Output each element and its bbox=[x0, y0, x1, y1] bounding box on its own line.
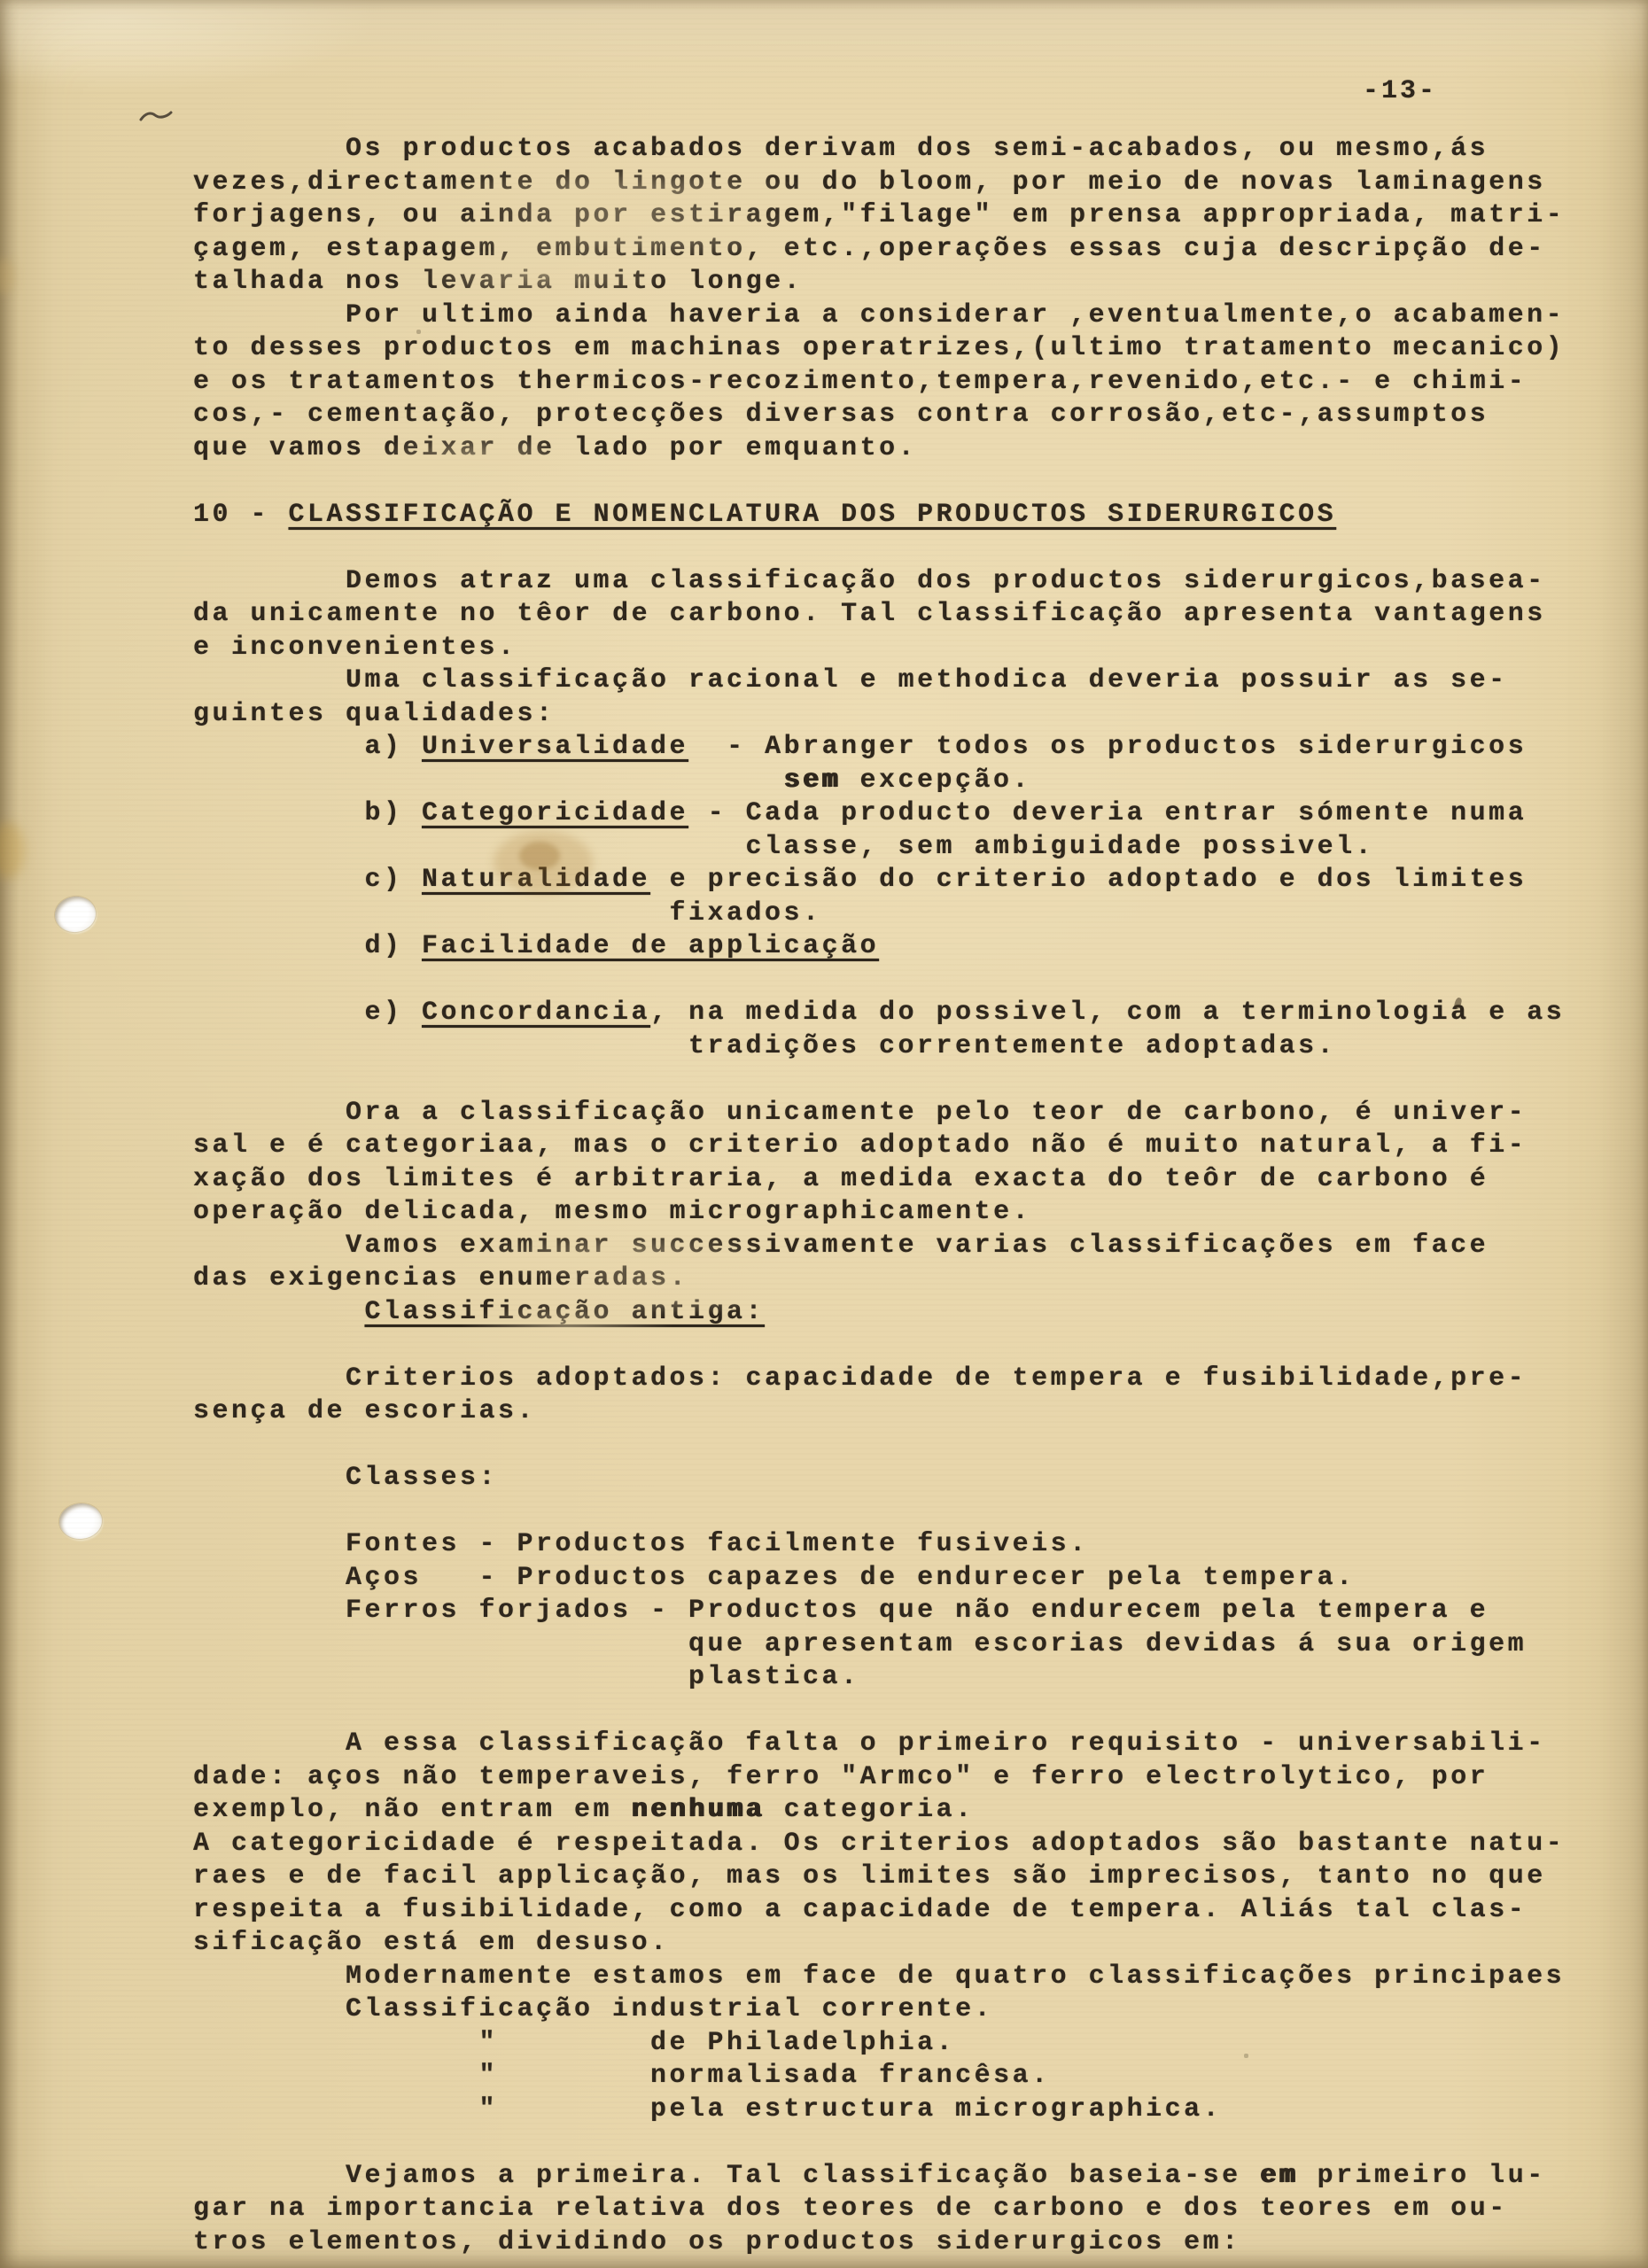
text-run: A categoricidade é respeitada. Os criter… bbox=[193, 1829, 1565, 1859]
doc-line: A categoricidade é respeitada. Os criter… bbox=[0, 1828, 1648, 1861]
doc-line: Fontes - Productos facilmente fusiveis. bbox=[0, 1528, 1648, 1562]
text-run: to desses productos em machinas operatri… bbox=[193, 333, 1565, 363]
text-run: vezes,directamente do lingote ou do bloo… bbox=[193, 167, 1546, 198]
text-run: Classes: bbox=[346, 1463, 498, 1493]
text-run: forjagens, ou ainda por estiragem,"filag… bbox=[193, 200, 1565, 230]
doc-line: tros elementos, dividindo os productos s… bbox=[0, 2226, 1648, 2260]
ink-speck bbox=[416, 330, 421, 334]
doc-line: vezes,directamente do lingote ou do bloo… bbox=[0, 167, 1648, 200]
doc-line: Vamos examinar successivamente varias cl… bbox=[0, 1230, 1648, 1263]
doc-line: b) Categoricidade - Cada producto deveri… bbox=[0, 797, 1648, 831]
doc-line: c) Naturalidade e precisão do criterio a… bbox=[0, 864, 1648, 897]
underlined-text: Concordancia bbox=[422, 998, 650, 1028]
doc-line: operação delicada, mesmo micrographicame… bbox=[0, 1196, 1648, 1230]
doc-line: respeita a fusibilidade, como a capacida… bbox=[0, 1894, 1648, 1928]
doc-line: Ora a classificação unicamente pelo teor… bbox=[0, 1097, 1648, 1130]
doc-line: das exigencias enumeradas. bbox=[0, 1262, 1648, 1296]
text-run: das exigencias enumeradas. bbox=[193, 1263, 688, 1293]
text-run: Classificação industrial corrente. bbox=[346, 1994, 993, 2024]
doc-line bbox=[0, 1495, 1648, 1529]
text-run: e inconvenientes. bbox=[193, 633, 517, 663]
text-run: dade: aços não temperaveis, ferro "Armco… bbox=[193, 1762, 1489, 1792]
text-run: nenhuma bbox=[632, 1795, 766, 1825]
doc-line: a) Universalidade - Abranger todos os pr… bbox=[0, 731, 1648, 765]
doc-line: " de Philadelphia. bbox=[0, 2027, 1648, 2061]
doc-line: xação dos limites é arbitraria, a medida… bbox=[0, 1163, 1648, 1197]
doc-line: gar na importancia relativa dos teores d… bbox=[0, 2193, 1648, 2226]
doc-line: Classificação antiga: bbox=[0, 1296, 1648, 1330]
text-run: c) bbox=[365, 865, 423, 895]
doc-line: 10 - CLASSIFICAÇÃO E NOMENCLATURA DOS PR… bbox=[0, 499, 1648, 532]
text-run: 10 - bbox=[193, 500, 289, 530]
text-run: excepção. bbox=[841, 765, 1031, 796]
text-run: Aços - Productos capazes de endurecer pe… bbox=[346, 1563, 1356, 1593]
doc-line: classe, sem ambiguidade possivel. bbox=[0, 831, 1648, 865]
doc-line: que vamos deixar de lado por emquanto. bbox=[0, 432, 1648, 466]
doc-line: sificação está em desuso. bbox=[0, 1927, 1648, 1961]
doc-line: A essa classificação falta o primeiro re… bbox=[0, 1728, 1648, 1761]
doc-line bbox=[0, 532, 1648, 565]
doc-line: Ferros forjados - Productos que não endu… bbox=[0, 1595, 1648, 1628]
doc-line: plastica. bbox=[0, 1661, 1648, 1695]
page-number: -13- bbox=[1363, 76, 1437, 106]
underlined-text: Naturalidade bbox=[422, 865, 650, 895]
text-run: Ferros forjados - Productos que não endu… bbox=[346, 1596, 1489, 1626]
text-run: , na medida do possivel, com a terminolo… bbox=[650, 998, 1565, 1028]
doc-line: Criterios adoptados: capacidade de tempe… bbox=[0, 1363, 1648, 1396]
underlined-text: CLASSIFICAÇÃO E NOMENCLATURA DOS PRODUCT… bbox=[289, 500, 1337, 530]
text-run: e precisão do criterio adoptado e dos li… bbox=[650, 865, 1527, 895]
text-run: Por ultimo ainda haveria a considerar ,e… bbox=[346, 300, 1565, 330]
text-run: A essa classificação falta o primeiro re… bbox=[346, 1728, 1546, 1759]
text-run: e os tratamentos thermicos-recozimento,t… bbox=[193, 367, 1527, 397]
doc-line bbox=[0, 1695, 1648, 1728]
text-run: Criterios adoptados: capacidade de tempe… bbox=[346, 1363, 1527, 1394]
text-run: em bbox=[1260, 2161, 1298, 2191]
doc-line: talhada nos levaria muito longe. bbox=[0, 266, 1648, 299]
doc-line: Os productos acabados derivam dos semi-a… bbox=[0, 133, 1648, 167]
text-run: tros elementos, dividindo os productos s… bbox=[193, 2227, 1241, 2257]
text-run: Fontes - Productos facilmente fusiveis. bbox=[346, 1529, 1089, 1559]
underlined-text: Classificação antiga: bbox=[365, 1297, 766, 1327]
text-run: e) bbox=[365, 998, 423, 1028]
doc-line: e os tratamentos thermicos-recozimento,t… bbox=[0, 366, 1648, 400]
text-run: " de Philadelphia. bbox=[479, 2028, 956, 2058]
text-run: que apresentam escorias devidas á sua or… bbox=[688, 1629, 1527, 1659]
text-run: operação delicada, mesmo micrographicame… bbox=[193, 1197, 1031, 1227]
text-run: respeita a fusibilidade, como a capacida… bbox=[193, 1895, 1527, 1925]
text-run: d) bbox=[365, 931, 423, 961]
text-run: fixados. bbox=[670, 898, 822, 928]
text-run: primeiro lu- bbox=[1298, 2161, 1546, 2191]
doc-line: da unicamente no têor de carbono. Tal cl… bbox=[0, 598, 1648, 632]
doc-line: Uma classificação racional e methodica d… bbox=[0, 664, 1648, 698]
text-run: xação dos limites é arbitraria, a medida… bbox=[193, 1164, 1489, 1194]
doc-line: Classes: bbox=[0, 1462, 1648, 1495]
doc-line: sal e é categoriaa, mas o criterio adopt… bbox=[0, 1130, 1648, 1163]
text-run: sença de escorias. bbox=[193, 1396, 536, 1426]
doc-line: Vejamos a primeira. Tal classificação ba… bbox=[0, 2160, 1648, 2194]
doc-line: e) Concordancia, na medida do possivel, … bbox=[0, 997, 1648, 1030]
document-text: Os productos acabados derivam dos semi-a… bbox=[0, 133, 1648, 2259]
text-run: exemplo, não entram em bbox=[193, 1795, 632, 1825]
doc-line: " normalisada francêsa. bbox=[0, 2060, 1648, 2093]
doc-line bbox=[0, 1063, 1648, 1097]
underlined-text: Facilidade de applicação bbox=[422, 931, 879, 961]
doc-line: sença de escorias. bbox=[0, 1395, 1648, 1429]
text-run: que vamos deixar de lado por emquanto. bbox=[193, 433, 917, 463]
doc-line: dade: aços não temperaveis, ferro "Armco… bbox=[0, 1761, 1648, 1795]
text-run: classe, sem ambiguidade possivel. bbox=[746, 832, 1375, 862]
scanned-page: -13- Os productos acabados derivam dos s… bbox=[0, 0, 1648, 2268]
doc-line: Modernamente estamos em face de quatro c… bbox=[0, 1961, 1648, 1994]
doc-line: Aços - Productos capazes de endurecer pe… bbox=[0, 1562, 1648, 1596]
ink-speck bbox=[1244, 2054, 1248, 2058]
doc-line: tradições correntemente adoptadas. bbox=[0, 1030, 1648, 1064]
text-run: sificação está em desuso. bbox=[193, 1928, 670, 1958]
text-run: " pela estructura micrographica. bbox=[479, 2094, 1223, 2124]
doc-line bbox=[0, 1429, 1648, 1463]
text-run: da unicamente no têor de carbono. Tal cl… bbox=[193, 599, 1546, 629]
text-run: Vejamos a primeira. Tal classificação ba… bbox=[346, 2161, 1260, 2191]
doc-line: Classificação industrial corrente. bbox=[0, 1993, 1648, 2027]
text-run: raes e de facil applicação, mas os limit… bbox=[193, 1861, 1546, 1891]
doc-line: cos,- cementação, protecções diversas co… bbox=[0, 399, 1648, 432]
text-run: cos,- cementação, protecções diversas co… bbox=[193, 400, 1489, 430]
text-run: a) bbox=[365, 732, 423, 762]
doc-line bbox=[0, 465, 1648, 499]
text-run: - Abranger todos os productos siderurgic… bbox=[688, 732, 1527, 762]
doc-line bbox=[0, 964, 1648, 998]
doc-line: to desses productos em machinas operatri… bbox=[0, 332, 1648, 366]
underlined-text: Categoricidade bbox=[422, 798, 688, 828]
doc-line: çagem, estapagem, embutimento, etc.,oper… bbox=[0, 233, 1648, 267]
doc-line: sem excepção. bbox=[0, 765, 1648, 798]
doc-line: fixados. bbox=[0, 897, 1648, 931]
doc-line: forjagens, ou ainda por estiragem,"filag… bbox=[0, 199, 1648, 233]
text-run: Os productos acabados derivam dos semi-a… bbox=[346, 134, 1489, 164]
doc-line: e inconvenientes. bbox=[0, 632, 1648, 665]
text-run: categoria. bbox=[765, 1795, 975, 1825]
doc-line: exemplo, não entram em nenhuma categoria… bbox=[0, 1794, 1648, 1828]
text-run: guintes qualidades: bbox=[193, 699, 556, 729]
text-run: b) bbox=[365, 798, 423, 828]
text-run: sal e é categoriaa, mas o criterio adopt… bbox=[193, 1130, 1527, 1161]
text-run: - Cada producto deveria entrar sómente n… bbox=[688, 798, 1527, 828]
doc-line bbox=[0, 2126, 1648, 2160]
text-run: plastica. bbox=[688, 1662, 860, 1692]
doc-line: d) Facilidade de applicação bbox=[0, 930, 1648, 964]
doc-line: que apresentam escorias devidas á sua or… bbox=[0, 1628, 1648, 1662]
text-run: " normalisada francêsa. bbox=[479, 2061, 1051, 2091]
underlined-text: Universalidade bbox=[422, 732, 688, 762]
text-run: Modernamente estamos em face de quatro c… bbox=[346, 1961, 1565, 1992]
text-run: tradições correntemente adoptadas. bbox=[688, 1031, 1336, 1061]
text-run: gar na importancia relativa dos teores d… bbox=[193, 2194, 1508, 2224]
doc-line: Demos atraz uma classificação dos produc… bbox=[0, 565, 1648, 599]
text-run: Vamos examinar successivamente varias cl… bbox=[346, 1231, 1489, 1261]
text-run: talhada nos levaria muito longe. bbox=[193, 267, 803, 297]
text-run: Uma classificação racional e methodica d… bbox=[346, 665, 1508, 695]
text-run: Ora a classificação unicamente pelo teor… bbox=[346, 1098, 1527, 1128]
doc-line: raes e de facil applicação, mas os limit… bbox=[0, 1860, 1648, 1894]
doc-line: " pela estructura micrographica. bbox=[0, 2093, 1648, 2127]
text-run: sem bbox=[784, 765, 842, 796]
doc-line: Por ultimo ainda haveria a considerar ,e… bbox=[0, 299, 1648, 333]
doc-line bbox=[0, 1329, 1648, 1363]
doc-line: guintes qualidades: bbox=[0, 698, 1648, 732]
text-run: çagem, estapagem, embutimento, etc.,oper… bbox=[193, 234, 1546, 264]
text-run: Demos atraz uma classificação dos produc… bbox=[346, 566, 1546, 596]
pen-mark bbox=[138, 106, 174, 126]
